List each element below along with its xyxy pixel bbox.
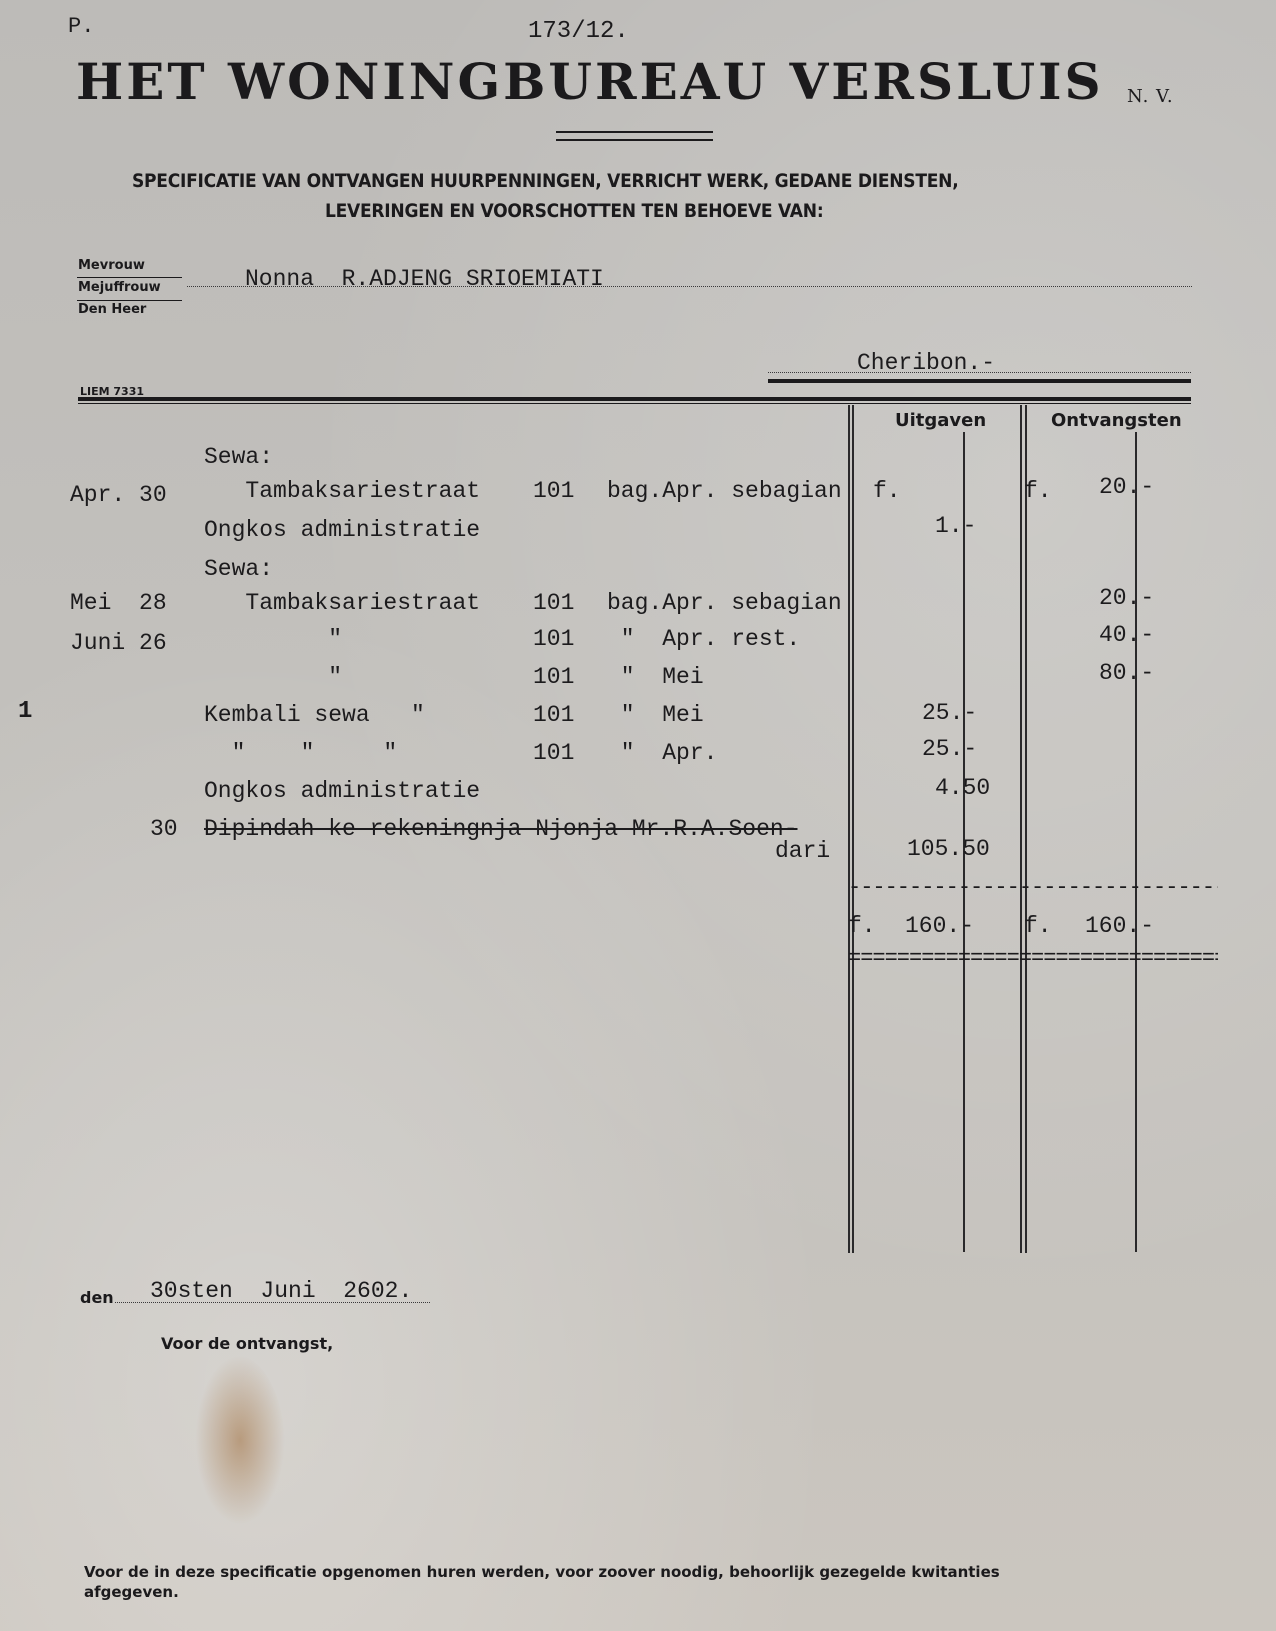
row-unit: 101 [533, 626, 574, 652]
total-double-rule: ==================================== [848, 946, 1218, 971]
receipt-amount: 20.- [1099, 474, 1154, 500]
row-date: Juni 26 [70, 630, 167, 656]
receipt-amount: 20.- [1099, 585, 1154, 611]
date-value: 30sten Juni 2602. [150, 1278, 412, 1304]
total-receipt-prefix: f. [1024, 913, 1052, 939]
subtitle-line-1: SPECIFICATIE VAN ONTVANGEN HUURPENNINGEN… [132, 170, 958, 192]
table-top-rule-thin [78, 403, 1191, 404]
expense-amount: 25.- [922, 736, 977, 762]
row-period: " Mei [607, 664, 704, 690]
row-description: " [204, 626, 342, 652]
row-description: Ongkos administratie [204, 778, 480, 804]
date-label: den [80, 1288, 114, 1307]
expense-amount: 25.- [922, 700, 977, 726]
salutation-divider [77, 277, 182, 278]
total-receipt: 160.- [1085, 913, 1154, 939]
title-rule-top [556, 131, 713, 133]
row-date: 30 [150, 816, 178, 842]
title-rule-bottom [556, 139, 713, 141]
salutation-divider [77, 300, 182, 301]
row-unit: 101 [533, 740, 574, 766]
row-description: Ongkos administratie [204, 517, 480, 543]
row-period: bag.Apr. sebagian [607, 478, 842, 504]
row-description: " [204, 664, 342, 690]
row-description: Tambaksariestraat [204, 590, 480, 616]
addressee-name: Nonna R.ADJENG SRIOEMIATI [245, 266, 604, 292]
salutation-mejuffrouw: Mejuffrouw [78, 280, 161, 295]
receipt-amount: 40.- [1099, 622, 1154, 648]
city-rule [768, 379, 1191, 383]
row-label: Sewa: [204, 444, 273, 470]
subtitle-line-2: LEVERINGEN EN VOORSCHOTTEN TEN BEHOEVE V… [325, 200, 823, 222]
footer-note: Voor de in deze specificatie opgenomen h… [84, 1563, 1000, 1581]
margin-mark: 1 [18, 698, 32, 725]
column-header-expenses: Uitgaven [895, 410, 986, 431]
column-line [848, 405, 850, 1253]
company-suffix: N. V. [1127, 86, 1174, 107]
expense-amount: 105.50 [907, 836, 990, 862]
row-date: Apr. 30 [70, 482, 167, 508]
row-unit: 101 [533, 702, 574, 728]
reference-number: 173/12. [528, 18, 629, 45]
table-top-rule [78, 397, 1191, 401]
row-description: " " " [204, 740, 397, 766]
expense-amount: 1.- [935, 513, 976, 539]
row-period: " Apr. rest. [607, 626, 800, 652]
row-period: " Mei [607, 702, 704, 728]
row-unit: 101 [533, 590, 574, 616]
row-period: " Apr. [607, 740, 717, 766]
salutation-mevrouw: Mevrouw [78, 258, 145, 273]
footer-note-cont: afgegeven. [84, 1583, 179, 1601]
receipt-prefix: f. [1024, 478, 1052, 504]
row-description: Kembali sewa " [204, 702, 425, 728]
column-line [1025, 405, 1027, 1253]
column-line [1020, 405, 1022, 1253]
column-line [1135, 432, 1137, 1252]
row-description-cont: dari [775, 838, 830, 864]
row-label: Sewa: [204, 556, 273, 582]
expense-amount: 4.50 [935, 775, 990, 801]
row-date: Mei 28 [70, 590, 167, 616]
total-expense-prefix: f. [848, 913, 876, 939]
row-unit: 101 [533, 478, 574, 504]
salutation-den-heer: Den Heer [78, 302, 146, 317]
row-period: bag.Apr. sebagian [607, 590, 842, 616]
subtotal-dashes: ------------------------------------ [848, 875, 1218, 900]
expense-prefix: f. [873, 478, 901, 504]
total-expense: 160.- [905, 913, 974, 939]
row-description: Dipindah ke rekeningnja Njonja Mr.R.A.So… [204, 816, 798, 842]
receipt-amount: 80.- [1099, 660, 1154, 686]
row-description: Tambaksariestraat [204, 478, 480, 504]
company-name: HET WONINGBUREAU VERSLUIS [76, 52, 1104, 111]
city-line [768, 372, 1191, 373]
column-header-receipts: Ontvangsten [1051, 410, 1182, 431]
corner-mark: P. [68, 14, 94, 39]
column-line [852, 405, 854, 1253]
row-unit: 101 [533, 664, 574, 690]
receipt-label: Voor de ontvangst, [161, 1334, 333, 1353]
